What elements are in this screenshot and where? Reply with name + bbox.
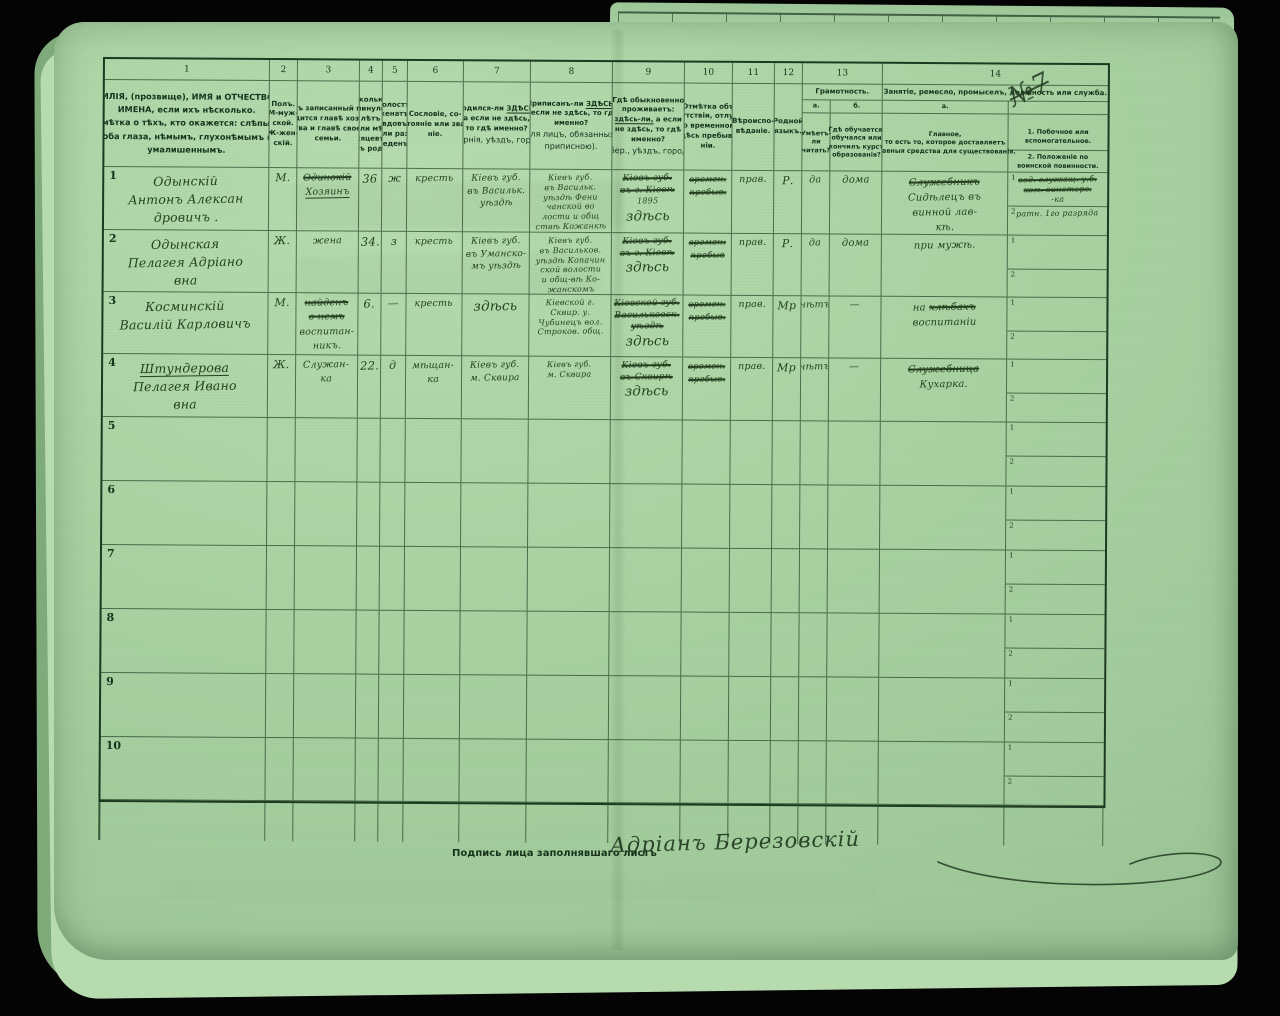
row-9-resides-cell	[609, 676, 681, 740]
column-line-stub	[403, 804, 459, 842]
row-10-resides-cell	[608, 740, 680, 803]
row-8-religion-cell	[729, 613, 771, 677]
occupation-b2-text: 2. Положеніе по воинской повинности.	[1008, 151, 1107, 173]
row-10-religion-cell	[728, 741, 770, 804]
row-1-registered-cell: Кіевъ губ.въ Васильк.уѣздѣ Феничанской в…	[530, 170, 612, 233]
sub-cell-number: 2	[1011, 271, 1016, 279]
row-8-sex-cell	[266, 610, 294, 674]
row-1-estate-cell: кресть	[407, 169, 463, 232]
row-6-resides-cell	[610, 484, 682, 548]
row-5-born-cell	[461, 419, 528, 483]
row-4-registered-cell: Кіевъ губ.м. Сквира	[529, 357, 611, 420]
row-9-estate-cell	[404, 675, 460, 739]
row-5-registered-cell	[528, 420, 610, 484]
header-religion: Вѣроиспо-вѣданіе.	[732, 84, 775, 171]
occ-side-sub-two: 2	[1005, 713, 1104, 743]
col-number-4: 4	[360, 61, 383, 82]
col-number-2: 2	[270, 60, 298, 81]
row-7-marital-cell	[380, 547, 405, 611]
row-6-language-cell	[772, 485, 800, 549]
column-line-stub	[459, 804, 526, 842]
occupation-a-text: Главное,то есть то, которое доставляетъг…	[882, 114, 1007, 172]
row-7-occ-side-cell: 12	[1006, 551, 1105, 616]
row-7-born-cell	[461, 547, 528, 611]
signature-flourish	[934, 844, 1244, 894]
sub-cell-number: 1	[1008, 744, 1013, 752]
row-number: 10	[106, 739, 121, 752]
ink-showthrough	[160, 878, 880, 902]
row-number: 3	[108, 294, 116, 307]
occ-side-sub-one: 1	[1005, 743, 1104, 778]
row-7-name-cell: 7	[102, 545, 267, 610]
row-number: 9	[106, 675, 114, 688]
header-absence: Отмѣтка объотсутствіи, отлучкѣи о времен…	[684, 84, 733, 171]
row-3-lit-edu-cell: —	[829, 296, 881, 358]
occ-side-sub-two: 2ратн. 1го разряда	[1008, 207, 1107, 236]
row-8-born-cell	[460, 611, 527, 675]
row-2-religion-cell: прав.	[732, 234, 774, 296]
occ-side-sub-two: 2	[1004, 777, 1103, 806]
row-8-name-cell: 8	[101, 609, 266, 674]
row-4-born-cell: Кіевъ губ.м. Сквира	[462, 356, 529, 419]
occ-side-sub-two: 2	[1006, 585, 1105, 615]
row-3-resides-cell: Кіевской губ.Васильковск.уѣздѣздѣсь	[611, 295, 683, 357]
row-8-language-cell	[771, 613, 799, 677]
row-3-absence-cell: времен.пребыв.	[683, 296, 731, 358]
row-9-name-cell: 9	[101, 673, 266, 738]
col-number-6: 6	[408, 61, 464, 82]
header-residence: Гдѣ обыкновеннопроживаетъ:здѣсь-ли, а ес…	[612, 83, 685, 170]
row-9-occ-main-cell	[879, 678, 1005, 743]
row-7-lit-read-cell	[800, 549, 828, 613]
row-9-absence-cell	[681, 677, 729, 741]
header-marital: Холостъ,женатъ,вдовъили раз-веденъ.	[382, 82, 408, 169]
header-literacy: Грамотность. а. Умѣетъ-личитать? б. Гдѣ …	[802, 84, 883, 171]
column-line-stub	[878, 807, 1004, 846]
row-3-registered-cell: Кіевской г.Сквир. у.Чубинецъ вол.Строков…	[529, 295, 611, 357]
sub-cell-number: 1	[1009, 488, 1014, 496]
header-language: Роднойязыкъ.	[774, 84, 803, 171]
row-6-relation-cell	[295, 482, 357, 546]
row-1-sex-cell: М.	[269, 168, 297, 231]
occ-side-sub-two: 2	[1006, 457, 1105, 487]
row-8-estate-cell	[404, 611, 460, 675]
header-sex: Полъ.М-муж-ской.Ж-жен-скій.	[269, 81, 298, 168]
row-number: 8	[107, 611, 115, 624]
literacy-col-a: а. Умѣетъ-личитать?	[802, 100, 830, 170]
row-6-occ-side-cell: 12	[1006, 487, 1105, 552]
row-6-name-cell: 6	[102, 481, 267, 546]
occ-side-sub-one: 1	[1008, 236, 1107, 271]
sub-cell-number: 1	[1008, 680, 1013, 688]
row-4-estate-cell: мѣщан-ка	[406, 356, 462, 419]
occ-side-sub-two: 2	[1006, 521, 1105, 551]
row-2-registered-cell: Кіевъ губ.въ Васильков.уѣздѣ Копачинской…	[530, 233, 612, 295]
row-4-language-cell: Мр	[773, 358, 801, 421]
row-1-marital-cell: ж	[382, 169, 407, 232]
row-7-sex-cell	[267, 546, 295, 610]
sub-cell-number: 1	[1010, 424, 1015, 432]
row-2-absence-cell: времен:пребыв	[684, 234, 732, 296]
row-8-absence-cell	[681, 613, 729, 677]
occ-side-sub-two: 2	[1008, 270, 1107, 298]
row-5-resides-cell	[610, 420, 682, 484]
row-8-marital-cell	[379, 611, 404, 675]
occupation-a-letter: а.	[883, 101, 1008, 115]
sub-cell-number: 2	[1008, 778, 1013, 786]
row-2-age-cell: 34.	[359, 232, 382, 294]
col-number-8: 8	[531, 62, 613, 84]
literacy-title: Грамотность.	[803, 84, 882, 100]
row-3-age-cell: 6.	[358, 294, 381, 356]
header-surname: ФАМИЛІЯ, (прозвище), ИМЯ и ОТЧЕСТВО илиИ…	[104, 80, 270, 168]
sub-cell-number: 2	[1010, 395, 1015, 403]
row-10-sex-cell	[265, 738, 293, 801]
row-10-registered-cell	[526, 740, 608, 803]
row-7-relation-cell	[295, 546, 357, 610]
dangling-column-lines	[98, 802, 1105, 846]
sub-cell-number: 2	[1009, 586, 1014, 594]
row-5-occ-side-cell: 12	[1006, 423, 1105, 488]
row-1-lit-edu-cell: дома	[830, 171, 882, 234]
row-1-relation-cell: ОдинокійХозяинъ	[297, 168, 359, 231]
row-8-lit-edu-cell	[827, 613, 879, 677]
row-4-age-cell: 22.	[358, 356, 381, 419]
row-8-relation-cell	[294, 610, 356, 674]
row-10-occ-side-cell: 12	[1004, 743, 1103, 807]
occupation-b1-text: 1. Побочное или вспомогательное.	[1008, 115, 1107, 152]
row-6-registered-cell	[528, 484, 610, 548]
occupation-title: Занятіе, ремесло, промыселъ, должность и…	[883, 85, 1108, 102]
row-1-name-cell: 1ОдынскійАнтонъ Александровичъ .	[104, 167, 269, 231]
literacy-b-letter: б.	[831, 100, 883, 113]
row-10-occ-main-cell	[878, 742, 1004, 806]
col-number-14: 14	[883, 64, 1108, 86]
row-2-lit-edu-cell: дома	[830, 234, 882, 296]
row-7-estate-cell	[405, 547, 461, 611]
row-5-estate-cell	[405, 419, 461, 483]
occ-side-sub-one: 1	[1005, 615, 1104, 650]
scanned-census-sheet-photo: 1 2 3 4 5 6 7 8 9 10 11 12 13 14 ФАМИЛІЯ…	[0, 0, 1280, 1016]
sub-cell-number: 1	[1010, 299, 1015, 307]
row-3-born-cell: здѣсь	[462, 294, 529, 356]
row-9-religion-cell	[729, 677, 771, 741]
row-9-marital-cell	[379, 675, 404, 739]
row-1-age-cell: 36	[359, 169, 382, 232]
sub-cell-number: 2	[1008, 650, 1013, 658]
row-8-age-cell	[356, 611, 379, 675]
occ-side-sub-one: 1	[1007, 423, 1106, 458]
row-9-relation-cell	[294, 674, 356, 738]
row-4-sex-cell: Ж.	[268, 355, 296, 418]
row-4-religion-cell: прав.	[731, 358, 773, 421]
row-5-name-cell: 5	[102, 417, 267, 482]
row-7-lit-edu-cell	[828, 549, 880, 613]
sub-cell-number: 2	[1009, 522, 1014, 530]
row-3-relation-cell: найденъо немъвоспитан-никъ.	[296, 293, 358, 355]
row-9-born-cell	[460, 675, 527, 739]
row-1-absence-cell: времен.пребыв.	[684, 171, 732, 234]
row-7-resides-cell	[610, 548, 682, 612]
row-2-name-cell: 2ОдынскаяПелагея Адріановна	[104, 230, 269, 293]
row-3-lit-read-cell: нѣтъ	[801, 296, 829, 358]
row-number: 6	[107, 483, 115, 496]
row-5-marital-cell	[380, 419, 405, 483]
row-9-language-cell	[771, 677, 799, 741]
row-1-occ-side-cell: 1вод. служащ. у.б.ком. виноторг.-ка2ратн…	[1008, 173, 1107, 237]
row-2-estate-cell: кресть	[407, 232, 463, 294]
col-number-12: 12	[775, 63, 803, 84]
row-2-marital-cell: з	[382, 232, 407, 294]
row-3-occ-side-cell: 12	[1007, 298, 1106, 361]
row-9-sex-cell	[266, 674, 294, 738]
row-2-relation-cell: жена	[297, 231, 359, 293]
row-6-occ-main-cell	[880, 486, 1006, 551]
row-4-occ-main-cell: СлужебницаКухарка.	[881, 359, 1007, 423]
row-5-lit-edu-cell	[828, 421, 880, 485]
census-table: 1 2 3 4 5 6 7 8 9 10 11 12 13 14 ФАМИЛІЯ…	[98, 57, 1110, 808]
occ-side-sub-one: 1вод. служащ. у.б.ком. виноторг.-ка	[1008, 173, 1107, 208]
row-number: 7	[107, 547, 115, 560]
column-line-stub	[265, 803, 293, 841]
row-4-relation-cell: Служан-ка	[296, 355, 358, 418]
row-4-absence-cell: времен.пребыв.	[683, 358, 731, 421]
column-line-stub	[293, 803, 355, 841]
row-number: 2	[109, 232, 117, 245]
sub-cell-number: 2	[1010, 333, 1015, 341]
row-7-registered-cell	[528, 548, 610, 612]
literacy-a-text: Умѣетъ-личитать?	[802, 113, 829, 170]
occ-side-sub-one: 1	[1007, 360, 1106, 395]
row-3-name-cell: 3КосминскійВасилій Карловичъ	[103, 292, 268, 355]
row-7-absence-cell	[682, 549, 730, 613]
header-occupation: Занятіе, ремесло, промыселъ, должность и…	[882, 85, 1108, 173]
col-number-13: 13	[803, 63, 883, 84]
row-3-religion-cell: прав.	[731, 296, 773, 358]
row-6-estate-cell	[405, 483, 461, 547]
row-1-occ-main-cell: СлужебникъСидѣлецъ въвинной лав-кѣ.	[882, 172, 1008, 236]
sub-cell-number: 2	[1008, 714, 1013, 722]
row-4-lit-read-cell: нѣтъ	[801, 358, 829, 421]
row-5-language-cell	[772, 421, 800, 485]
sub-cell-number: 1	[1010, 361, 1015, 369]
sub-cell-number: 1	[1011, 174, 1016, 182]
row-9-age-cell	[356, 675, 379, 739]
row-8-resides-cell	[609, 612, 681, 676]
row-10-estate-cell	[403, 739, 459, 802]
row-6-absence-cell	[682, 485, 730, 549]
row-7-language-cell	[772, 549, 800, 613]
col-number-7: 7	[464, 61, 531, 82]
row-4-name-cell: 4ШтундероваПелагея Ивановна	[103, 354, 268, 418]
row-1-lit-read-cell: да	[802, 171, 830, 234]
header-registered: Приписанъ-ли ЗДѢСЬ,а если не здѣсь, то г…	[530, 83, 613, 170]
census-sheet: 1 2 3 4 5 6 7 8 9 10 11 12 13 14 ФАМИЛІЯ…	[54, 22, 1238, 960]
col-number-9: 9	[613, 62, 685, 83]
row-10-language-cell	[770, 741, 798, 804]
row-2-language-cell: Р.	[774, 234, 802, 296]
row-6-lit-edu-cell	[828, 485, 880, 549]
row-7-age-cell	[357, 547, 380, 611]
row-2-occ-side-cell: 12	[1008, 236, 1107, 299]
column-line-stub	[378, 804, 403, 842]
row-10-absence-cell	[680, 741, 728, 804]
row-5-age-cell	[357, 419, 380, 483]
row-10-age-cell	[355, 739, 378, 802]
row-5-occ-main-cell	[880, 422, 1006, 487]
row-2-lit-read-cell: да	[802, 234, 830, 296]
row-2-sex-cell: Ж.	[269, 231, 297, 293]
row-9-lit-edu-cell	[827, 677, 879, 741]
row-8-occ-main-cell	[879, 614, 1005, 679]
row-5-religion-cell	[730, 421, 772, 485]
occ-side-sub-one: 1	[1006, 551, 1105, 586]
col-number-3: 3	[298, 60, 360, 81]
row-5-absence-cell	[682, 421, 730, 485]
sub-cell-number: 1	[1011, 237, 1016, 245]
sub-cell-number: 1	[1009, 552, 1014, 560]
row-6-sex-cell	[267, 482, 295, 546]
column-line-stub	[100, 802, 265, 841]
row-1-religion-cell: прав.	[732, 171, 774, 234]
row-3-language-cell: Мр	[773, 296, 801, 358]
row-7-occ-main-cell	[880, 550, 1006, 615]
header-age: Сколькоминулолѣтъили мѣ-сяцевъотъ роду.	[359, 82, 383, 169]
row-10-lit-edu-cell	[826, 741, 878, 804]
column-line-stub	[355, 804, 378, 842]
row-1-language-cell: Р.	[774, 171, 802, 234]
occupation-side-col: 1. Побочное или вспомогательное. 2. Поло…	[1008, 102, 1107, 173]
row-3-sex-cell: М.	[268, 293, 296, 355]
column-line-stub	[526, 805, 608, 844]
row-2-resides-cell: Кіевъ губ.въ г. Кіевѣздѣсь	[612, 233, 684, 295]
row-10-lit-read-cell	[798, 741, 826, 804]
row-4-lit-edu-cell: —	[829, 358, 881, 421]
row-4-marital-cell: д	[381, 356, 406, 419]
col-number-1: 1	[105, 59, 270, 81]
occ-side-sub-two: 2	[1007, 332, 1106, 360]
row-6-born-cell	[461, 483, 528, 547]
header-relation: Какъ записанный при-ходится главѣ хозяй-…	[297, 81, 360, 168]
row-1-resides-cell: Кіевъ губ.въ г. Кіевѣ1895здѣсь	[612, 170, 684, 233]
occ-side-sub-one: 1	[1007, 298, 1106, 333]
row-1-born-cell: Кіевъ губ.въ Васильк.уѣздѣ	[463, 169, 530, 232]
row-5-sex-cell	[267, 418, 295, 482]
col-number-11: 11	[733, 63, 775, 84]
census-table-wrap: 1 2 3 4 5 6 7 8 9 10 11 12 13 14 ФАМИЛІЯ…	[98, 57, 1110, 846]
row-number: 1	[109, 169, 117, 182]
row-5-lit-read-cell	[800, 421, 828, 485]
occ-side-sub-one: 1	[1005, 679, 1104, 714]
row-10-name-cell: 10	[100, 737, 265, 801]
row-3-marital-cell: —	[381, 294, 406, 356]
row-6-age-cell	[357, 483, 380, 547]
row-8-registered-cell	[527, 612, 609, 676]
occ-side-sub-two: 2	[1005, 649, 1104, 679]
sub-cell-number: 1	[1009, 616, 1014, 624]
row-8-lit-read-cell	[799, 613, 827, 677]
row-4-resides-cell: Кіевъ губ.въ Сквирѣздѣсь	[611, 357, 683, 420]
literacy-col-b: б. Гдѣ обучается,обучался иликончилъ кур…	[830, 100, 882, 170]
row-10-born-cell	[459, 739, 526, 802]
row-10-marital-cell	[378, 739, 403, 802]
occupation-main-col: а. Главное,то есть то, которое доставляе…	[882, 101, 1008, 172]
row-9-occ-side-cell: 12	[1005, 679, 1104, 744]
sub-cell-number: 2	[1010, 458, 1015, 466]
row-9-registered-cell	[527, 676, 609, 740]
row-3-occ-main-cell: на хлѣбахъвоспитаніи	[881, 297, 1007, 360]
occ-side-sub-two: 2	[1007, 394, 1106, 423]
occ-side-sub-one: 1	[1006, 487, 1105, 522]
row-number: 4	[108, 356, 116, 369]
column-line-stub	[1004, 808, 1103, 847]
row-9-lit-read-cell	[799, 677, 827, 741]
row-8-occ-side-cell: 12	[1005, 615, 1104, 680]
col-number-5: 5	[383, 61, 408, 82]
row-6-marital-cell	[380, 483, 405, 547]
row-number: 5	[108, 419, 116, 432]
row-5-relation-cell	[295, 418, 357, 482]
row-7-religion-cell	[730, 549, 772, 613]
row-6-lit-read-cell	[800, 485, 828, 549]
row-6-religion-cell	[730, 485, 772, 549]
row-2-occ-main-cell: при мужѣ.	[882, 235, 1008, 298]
row-10-relation-cell	[293, 738, 355, 801]
header-birthplace: Родился-ли ЗДѢСЬ,а если не здѣсь,то гдѣ …	[463, 82, 531, 169]
literacy-b-text: Гдѣ обучается,обучался иликончилъ курсъо…	[830, 113, 882, 170]
row-4-occ-side-cell: 12	[1007, 360, 1106, 424]
literacy-a-letter: а.	[803, 100, 830, 113]
row-3-estate-cell: кресть	[406, 294, 462, 356]
row-2-born-cell: Кіевъ губ.въ Уманско-мъ уѣздѣ	[463, 232, 530, 294]
col-number-10: 10	[685, 63, 733, 84]
sub-cell-number: 2	[1011, 208, 1016, 216]
header-estate: Сословіе, со-стояніе или зва-ніе.	[407, 82, 464, 169]
